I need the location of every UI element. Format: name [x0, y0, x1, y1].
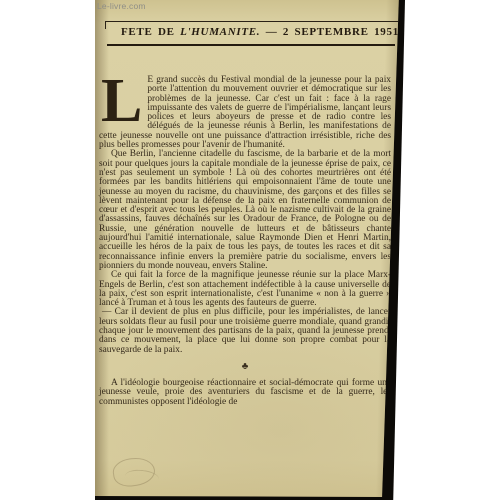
watermark-text: Le-livre.com: [97, 1, 146, 11]
paragraph: Que Berlin, l'ancienne citadelle du fasc…: [99, 150, 391, 271]
masthead-title: FETE DE L'HUMANITE. — 2 SEPTEMBRE 1951.: [121, 26, 397, 38]
masthead-title-prefix: FETE DE: [121, 26, 180, 38]
masthead-journal-name: L'HUMANITE.: [180, 26, 260, 38]
masthead-underline: [107, 44, 395, 46]
paragraph: Ce qui fait la force de la magnifique je…: [99, 271, 391, 308]
scanned-page: Le-livre.com FETE DE L'HUMANITE. — 2 SEP…: [95, 0, 405, 500]
masthead-date: — 2 SEPTEMBRE 1951.: [260, 26, 402, 38]
article-text: LE grand succès du Festival mondial de l…: [99, 76, 391, 407]
section-separator-ornament-icon: ♣: [99, 362, 391, 372]
product-photo-canvas: { "watermark": { "label": "Le-livre.com"…: [0, 0, 500, 500]
masthead-box: FETE DE L'HUMANITE. — 2 SEPTEMBRE 1951.: [105, 21, 399, 45]
drop-cap-letter: L: [99, 76, 147, 124]
paragraph: LE grand succès du Festival mondial de l…: [99, 76, 391, 150]
masthead-left-tick: [105, 22, 106, 29]
book-page-photo: Le-livre.com FETE DE L'HUMANITE. — 2 SEP…: [95, 0, 405, 500]
paragraph: A l'idéologie bourgeoise réactionnaire e…: [99, 379, 391, 407]
paragraph: — Car il devient de plus en plus diffici…: [99, 308, 391, 354]
